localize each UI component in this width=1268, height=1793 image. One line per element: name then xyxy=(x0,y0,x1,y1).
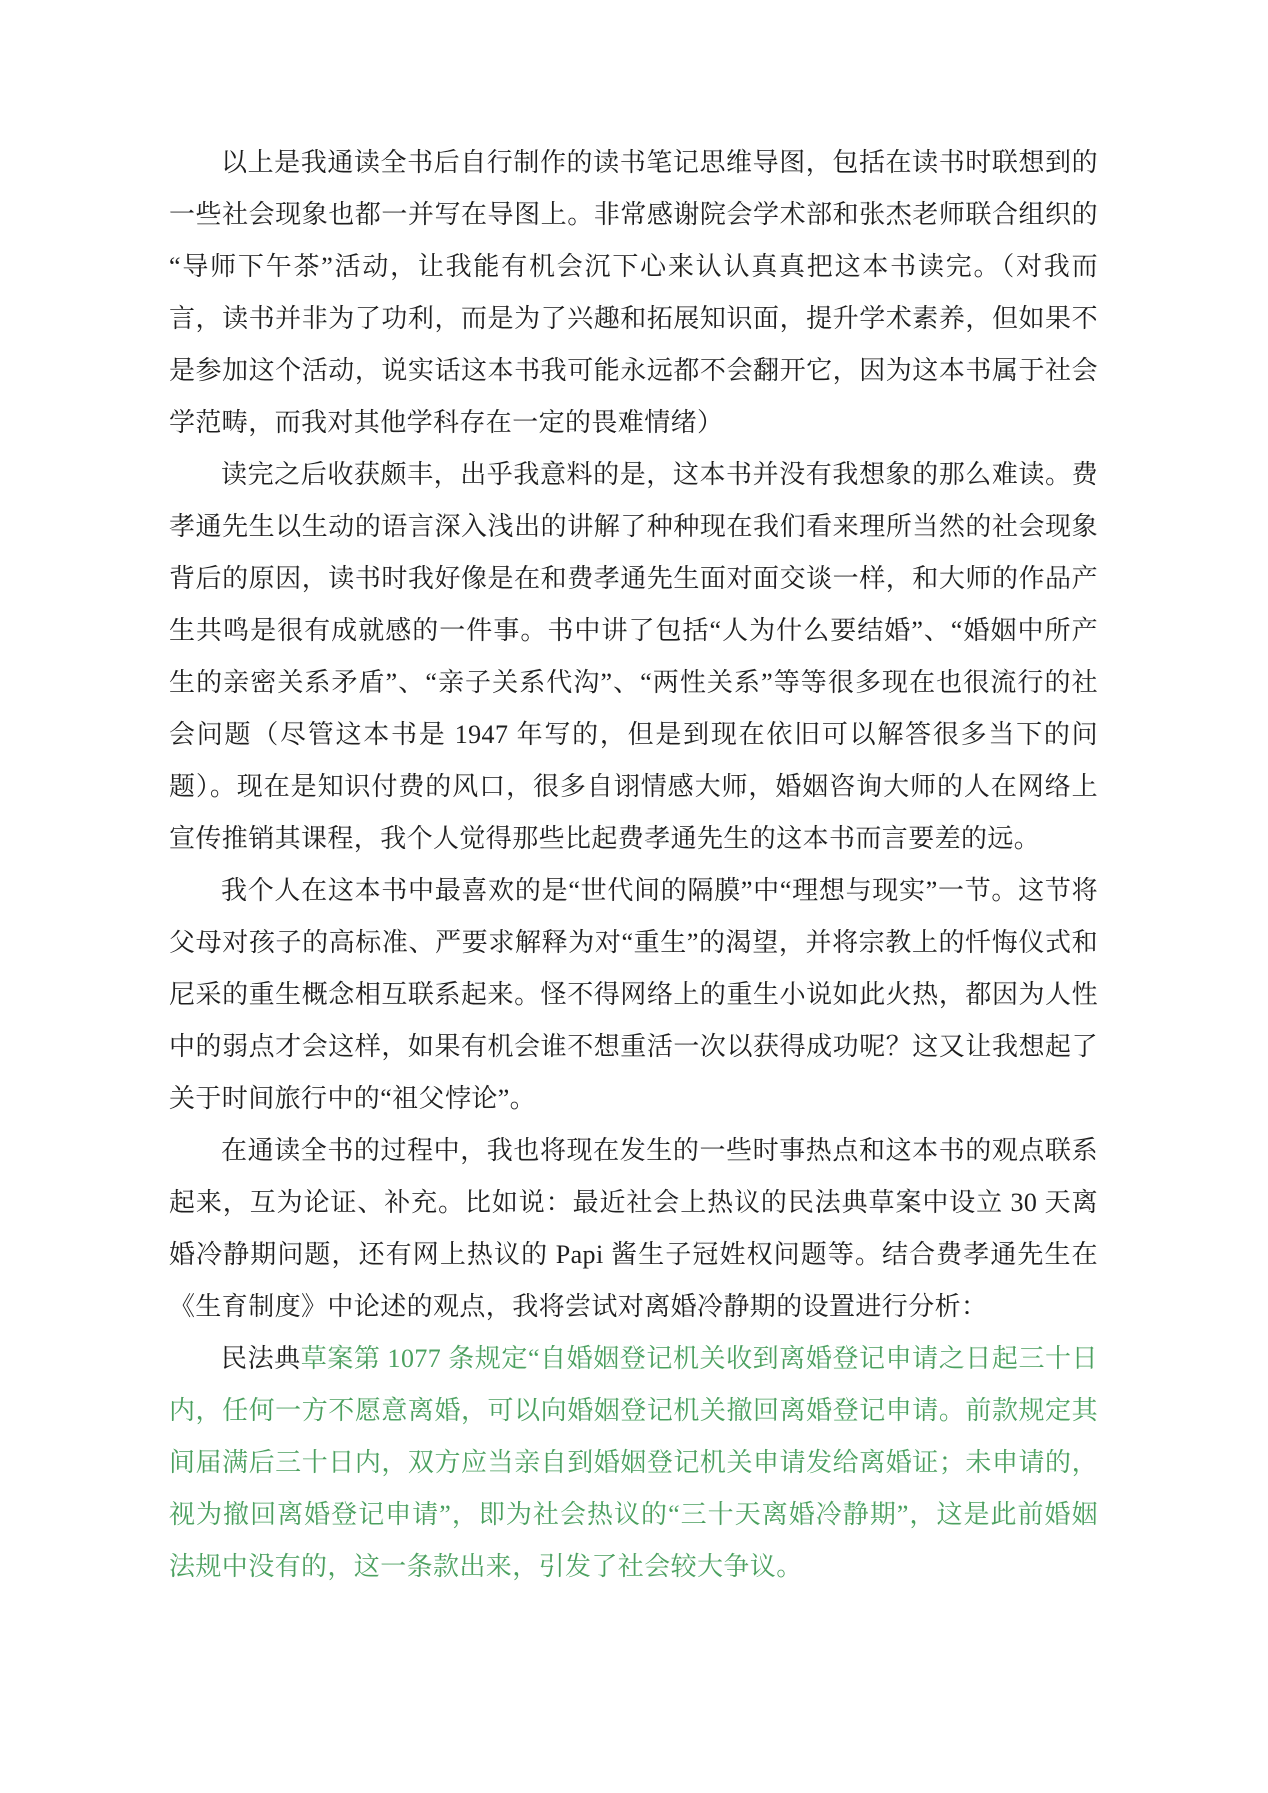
paragraph-reading-gains: 读完之后收获颇丰，出乎我意料的是，这本书并没有我想象的那么难读。费孝通先生以生动… xyxy=(169,449,1098,865)
paragraph-favorite-section: 我个人在这本书中最喜欢的是“世代间的隔膜”中“理想与现实”一节。这节将父母对孩子… xyxy=(169,865,1098,1125)
paragraph-civil-code-quote: 民法典草案第 1077 条规定“自婚姻登记机关收到离婚登记申请之日起三十日内，任… xyxy=(169,1333,1098,1593)
civil-code-highlight-text: 草案第 1077 条规定“自婚姻登记机关收到离婚登记申请之日起三十日内，任何一方… xyxy=(169,1344,1098,1581)
civil-code-lead-text: 民法典 xyxy=(221,1344,301,1373)
paragraph-mindmap-thanks: 以上是我通读全书后自行制作的读书笔记思维导图，包括在读书时联想到的一些社会现象也… xyxy=(169,137,1098,449)
paragraph-current-events: 在通读全书的过程中，我也将现在发生的一些时事热点和这本书的观点联系起来，互为论证… xyxy=(169,1125,1098,1333)
document-page: 以上是我通读全书后自行制作的读书笔记思维导图，包括在读书时联想到的一些社会现象也… xyxy=(169,137,1098,1593)
